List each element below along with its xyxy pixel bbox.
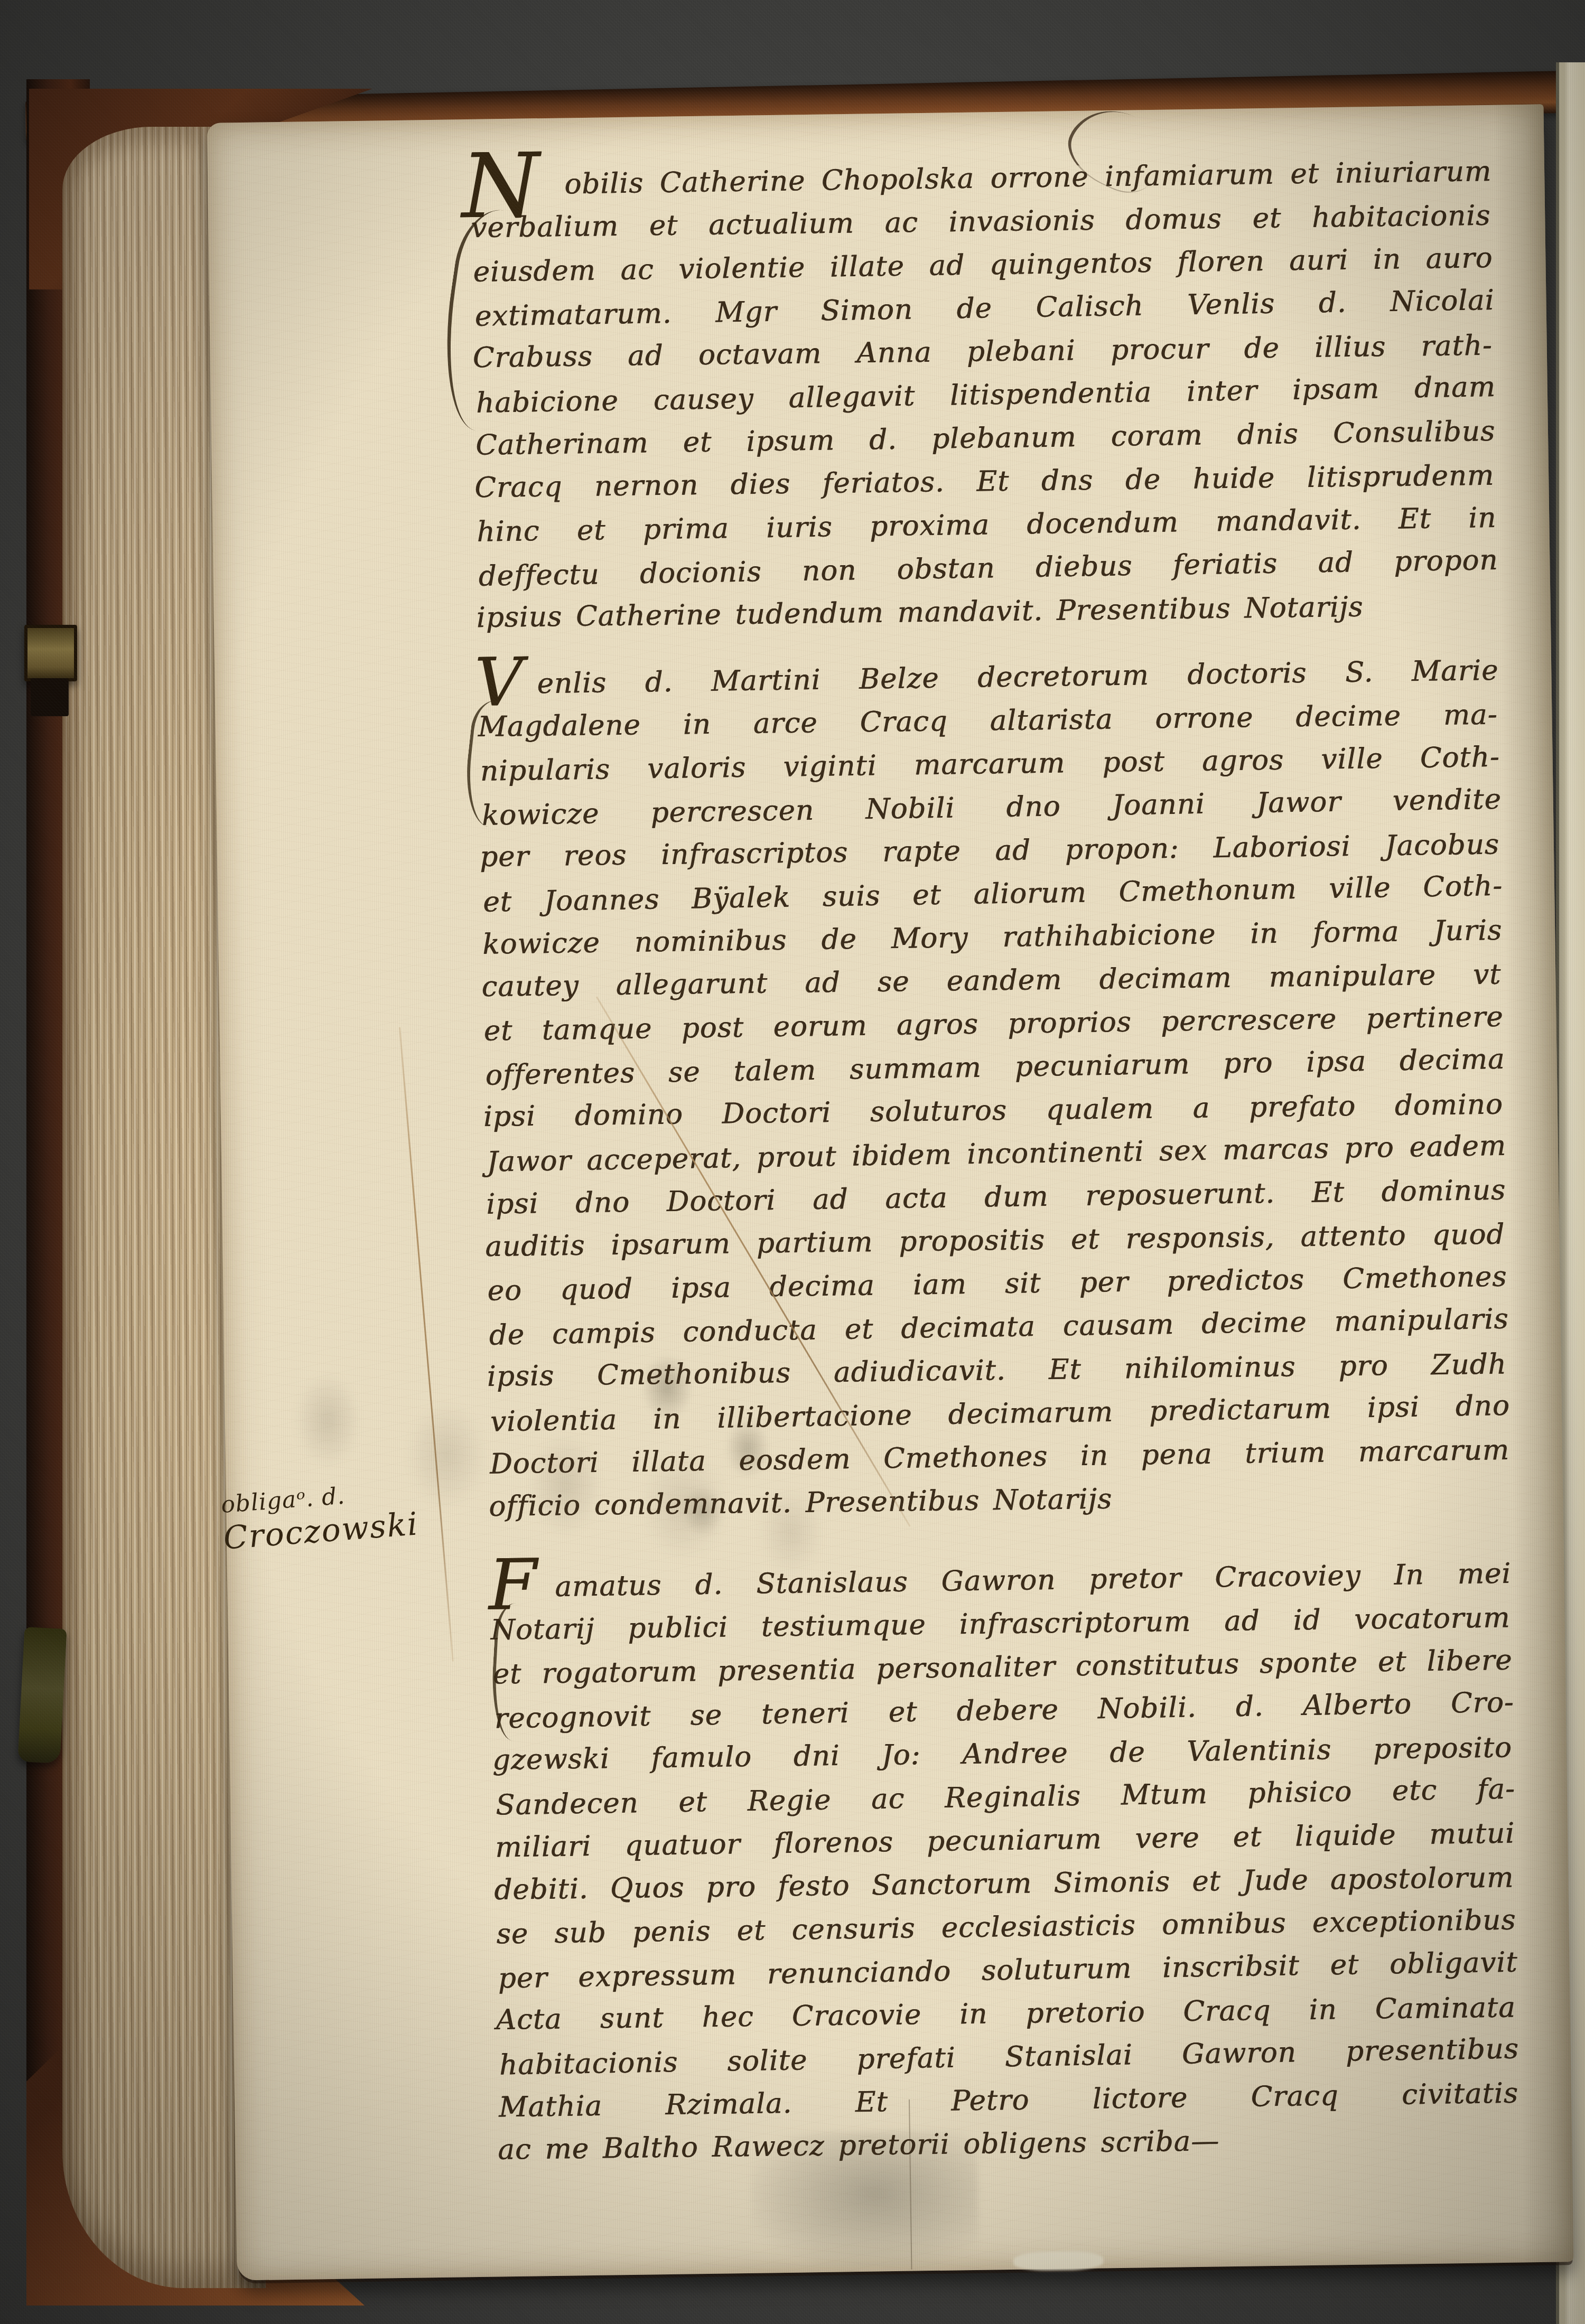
manuscript-page: obligaᵒ. d. Croczowski N obilis Catherin… bbox=[207, 105, 1574, 2281]
entry-text-block: N obilis Catherine Chopolska orrone infa… bbox=[472, 150, 1519, 2173]
entry-paragraph-2: V enlis d. Martini Belze decretorum doct… bbox=[479, 649, 1511, 1530]
clasp-strap bbox=[17, 1627, 67, 1764]
clasp-brass bbox=[24, 625, 77, 681]
clasp-slot bbox=[31, 678, 69, 716]
entry-paragraph-1: N obilis Catherine Chopolska orrone infa… bbox=[472, 150, 1498, 641]
initial-letter: V bbox=[474, 649, 524, 716]
manuscript-photo: obligaᵒ. d. Croczowski N obilis Catherin… bbox=[0, 0, 1585, 2324]
initial-letter: F bbox=[488, 1550, 537, 1620]
initial-letter: N bbox=[461, 141, 539, 231]
entry-paragraph-3: F amatus d. Stanislaus Gawron pretor Cra… bbox=[491, 1552, 1519, 2173]
paper-chip bbox=[1013, 2251, 1103, 2271]
